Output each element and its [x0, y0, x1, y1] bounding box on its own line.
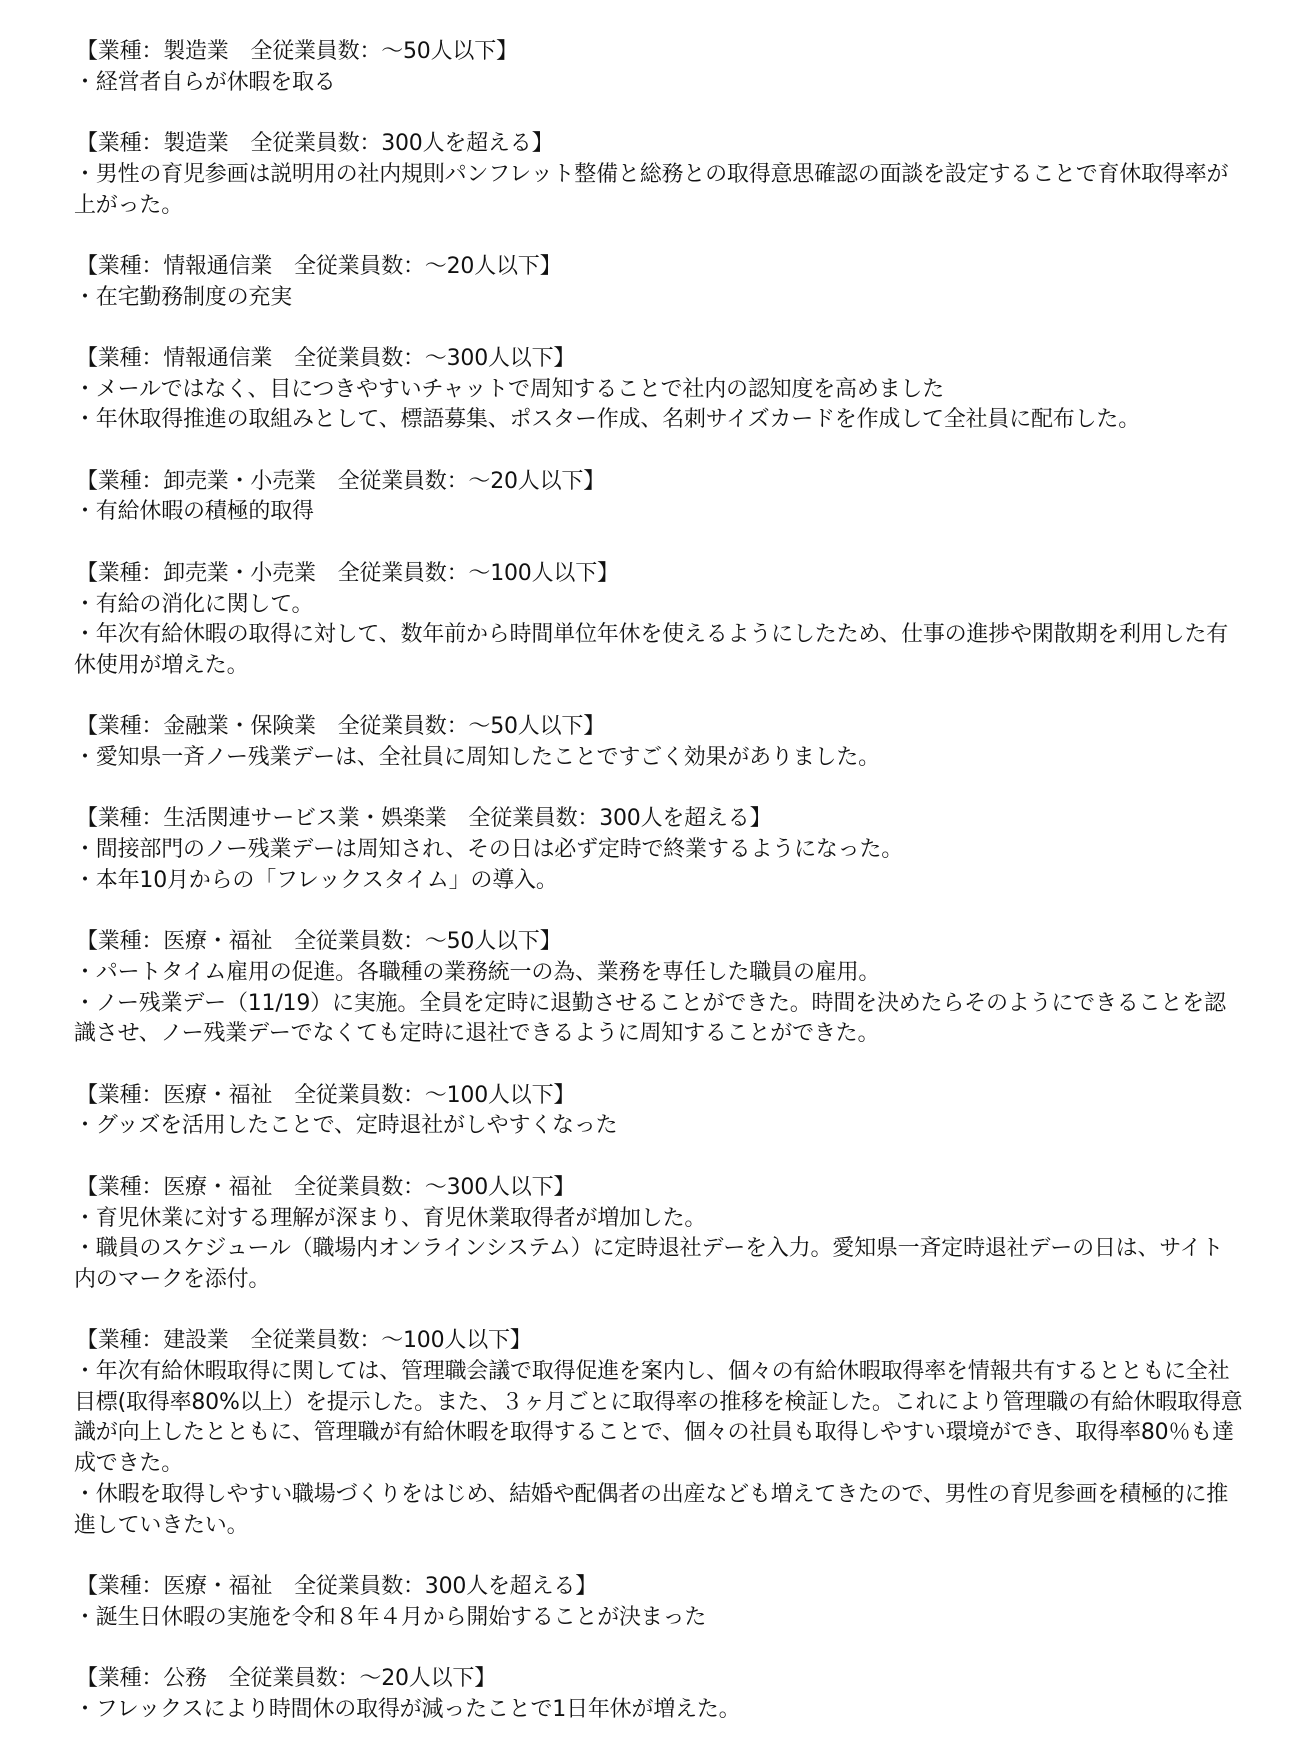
- case-block-medical-50: 【業種：医療・福祉 全従業員数：～50人以下】 ・パートタイム雇用の促進。各職種…: [74, 927, 1244, 1050]
- case-item: ・休暇を取得しやすい職場づくりをはじめ、結婚や配偶者の出産なども増えてきたので、…: [74, 1480, 1244, 1541]
- case-item: ・男性の育児参画は説明用の社内規則パンフレット整備と総務との取得意思確認の面談を…: [74, 160, 1244, 221]
- case-item: ・愛知県一斉ノー残業デーは、全社員に周知したことですごく効果がありました。: [74, 743, 1244, 774]
- case-header: 【業種：医療・福祉 全従業員数：300人を超える】: [76, 1572, 1244, 1603]
- case-item: ・年次有給休暇の取得に対して、数年前から時間単位年休を使えるようにしたため、仕事…: [74, 620, 1244, 681]
- case-block-retail-20: 【業種：卸売業・小売業 全従業員数：～20人以下】 ・有給休暇の積極的取得: [74, 467, 1244, 528]
- case-item: ・育児休業に対する理解が深まり、育児休業取得者が増加した。: [74, 1204, 1244, 1235]
- case-header: 【業種：医療・福祉 全従業員数：～50人以下】: [76, 927, 1244, 958]
- case-block-ict-300: 【業種：情報通信業 全従業員数：～300人以下】 ・メールではなく、目につきやす…: [74, 344, 1244, 436]
- case-item: ・在宅勤務制度の充実: [74, 283, 1244, 314]
- case-item: ・グッズを活用したことで、定時退社がしやすくなった: [74, 1111, 1244, 1142]
- case-header: 【業種：情報通信業 全従業員数：～300人以下】: [76, 344, 1244, 375]
- case-item: ・誕生日休暇の実施を令和８年４月から開始することが決まった: [74, 1603, 1244, 1634]
- case-item: ・有給の消化に関して。: [74, 590, 1244, 621]
- case-block-finance-50: 【業種：金融業・保険業 全従業員数：～50人以下】 ・愛知県一斉ノー残業デーは、…: [74, 712, 1244, 773]
- case-header: 【業種：金融業・保険業 全従業員数：～50人以下】: [76, 712, 1244, 743]
- document-page: 【業種：製造業 全従業員数：～50人以下】 ・経営者自らが休暇を取る 【業種：製…: [74, 37, 1244, 1725]
- case-block-public-20: 【業種：公務 全従業員数：～20人以下】 ・フレックスにより時間休の取得が減った…: [74, 1664, 1244, 1725]
- case-item: ・フレックスにより時間休の取得が減ったことで1日年休が増えた。: [74, 1695, 1244, 1726]
- case-block-services-300plus: 【業種：生活関連サービス業・娯楽業 全従業員数：300人を超える】 ・間接部門の…: [74, 804, 1244, 896]
- case-header: 【業種：公務 全従業員数：～20人以下】: [76, 1664, 1244, 1695]
- case-item: ・年次有給休暇取得に関しては、管理職会議で取得促進を案内し、個々の有給休暇取得率…: [74, 1357, 1244, 1480]
- case-item: ・ノー残業デー（11/19）に実施。全員を定時に退勤させることができた。時間を決…: [74, 989, 1244, 1050]
- case-item: ・年休取得推進の取組みとして、標語募集、ポスター作成、名刺サイズカードを作成して…: [74, 405, 1244, 436]
- case-block-medical-300plus: 【業種：医療・福祉 全従業員数：300人を超える】 ・誕生日休暇の実施を令和８年…: [74, 1572, 1244, 1633]
- case-item: ・間接部門のノー残業デーは周知され、その日は必ず定時で終業するようになった。: [74, 835, 1244, 866]
- case-header: 【業種：医療・福祉 全従業員数：～100人以下】: [76, 1081, 1244, 1112]
- case-header: 【業種：製造業 全従業員数：～50人以下】: [76, 37, 1244, 68]
- case-block-manufacturing-50: 【業種：製造業 全従業員数：～50人以下】 ・経営者自らが休暇を取る: [74, 37, 1244, 98]
- case-header: 【業種：建設業 全従業員数：～100人以下】: [76, 1326, 1244, 1357]
- case-header: 【業種：卸売業・小売業 全従業員数：～100人以下】: [76, 559, 1244, 590]
- case-item: ・メールではなく、目につきやすいチャットで周知することで社内の認知度を高めました: [74, 375, 1244, 406]
- case-block-ict-20: 【業種：情報通信業 全従業員数：～20人以下】 ・在宅勤務制度の充実: [74, 252, 1244, 313]
- case-header: 【業種：情報通信業 全従業員数：～20人以下】: [76, 252, 1244, 283]
- case-header: 【業種：生活関連サービス業・娯楽業 全従業員数：300人を超える】: [76, 804, 1244, 835]
- case-item: ・有給休暇の積極的取得: [74, 497, 1244, 528]
- case-block-medical-300: 【業種：医療・福祉 全従業員数：～300人以下】 ・育児休業に対する理解が深まり…: [74, 1173, 1244, 1296]
- case-header: 【業種：医療・福祉 全従業員数：～300人以下】: [76, 1173, 1244, 1204]
- case-item: ・経営者自らが休暇を取る: [74, 68, 1244, 99]
- case-item: ・職員のスケジュール（職場内オンラインシステム）に定時退社デーを入力。愛知県一斉…: [74, 1234, 1244, 1295]
- case-header: 【業種：卸売業・小売業 全従業員数：～20人以下】: [76, 467, 1244, 498]
- case-block-manufacturing-300plus: 【業種：製造業 全従業員数：300人を超える】 ・男性の育児参画は説明用の社内規…: [74, 129, 1244, 221]
- case-block-retail-100: 【業種：卸売業・小売業 全従業員数：～100人以下】 ・有給の消化に関して。 ・…: [74, 559, 1244, 682]
- case-header: 【業種：製造業 全従業員数：300人を超える】: [76, 129, 1244, 160]
- case-block-medical-100: 【業種：医療・福祉 全従業員数：～100人以下】 ・グッズを活用したことで、定時…: [74, 1081, 1244, 1142]
- case-item: ・パートタイム雇用の促進。各職種の業務統一の為、業務を専任した職員の雇用。: [74, 958, 1244, 989]
- case-item: ・本年10月からの「フレックスタイム」の導入。: [74, 866, 1244, 897]
- case-block-construction-100: 【業種：建設業 全従業員数：～100人以下】 ・年次有給休暇取得に関しては、管理…: [74, 1326, 1244, 1541]
